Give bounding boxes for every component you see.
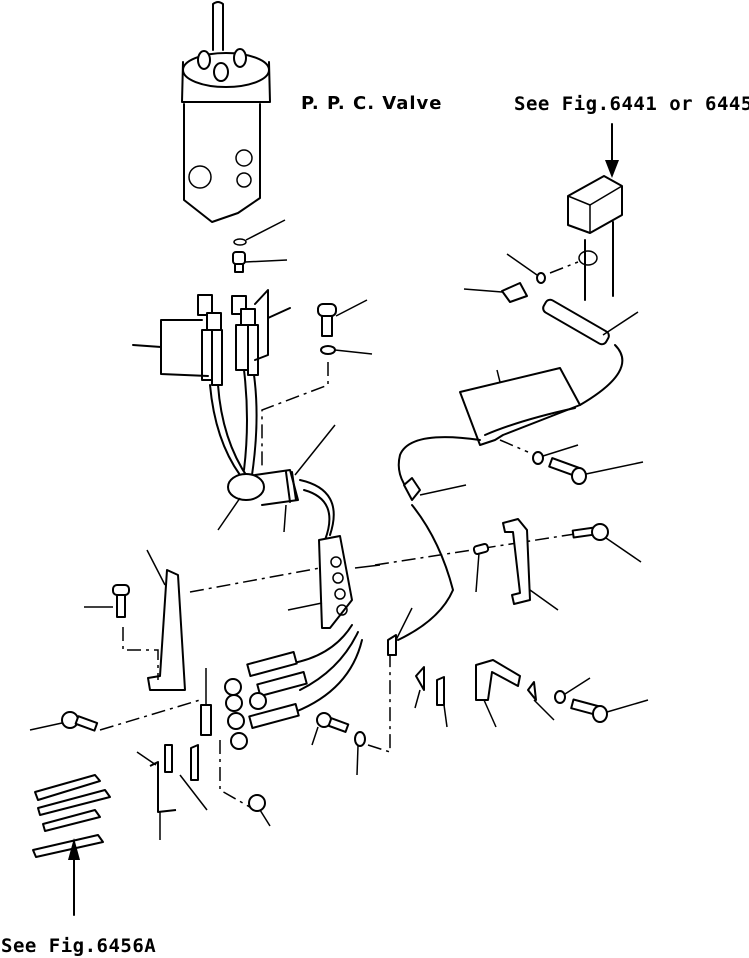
ppc-valve-label: P. P. C. Valve: [301, 93, 443, 114]
bracket-icon: [503, 519, 558, 610]
pin-icon: [473, 543, 489, 592]
block-icon: [288, 536, 352, 628]
bolt-icon: [571, 700, 648, 722]
nut-icon: [249, 795, 270, 826]
bracket-icon: [147, 550, 185, 690]
ppc-valve-icon: [182, 2, 270, 222]
washer-icon: [355, 732, 365, 775]
clamp-icon: [137, 668, 211, 840]
bolt-icon: [573, 524, 641, 562]
connector-icon: [33, 775, 110, 857]
o-ring-icon: [234, 220, 285, 245]
hose-icon: [133, 290, 290, 478]
bolt-icon: [549, 458, 643, 484]
washer-icon: [321, 346, 372, 354]
bolt-icon: [312, 713, 348, 745]
fitting-icon: [233, 252, 287, 272]
exploded-parts-diagram: [0, 0, 749, 958]
bolt-icon: [84, 585, 129, 617]
harness-icon: [398, 298, 638, 640]
switch-box-icon: [568, 176, 622, 300]
clamp-icon: [388, 608, 554, 727]
washer-icon: [555, 678, 590, 703]
pressure-switch-icon: [464, 251, 597, 302]
grommet-icon: [218, 425, 335, 540]
see-fig-6456a-label: See Fig.6456A: [1, 935, 156, 957]
arrow-down-icon: [605, 124, 619, 178]
see-fig-6441-label: See Fig.6441 or 6445: [514, 93, 749, 115]
bolt-icon: [30, 712, 97, 731]
bolt-icon: [318, 300, 367, 336]
